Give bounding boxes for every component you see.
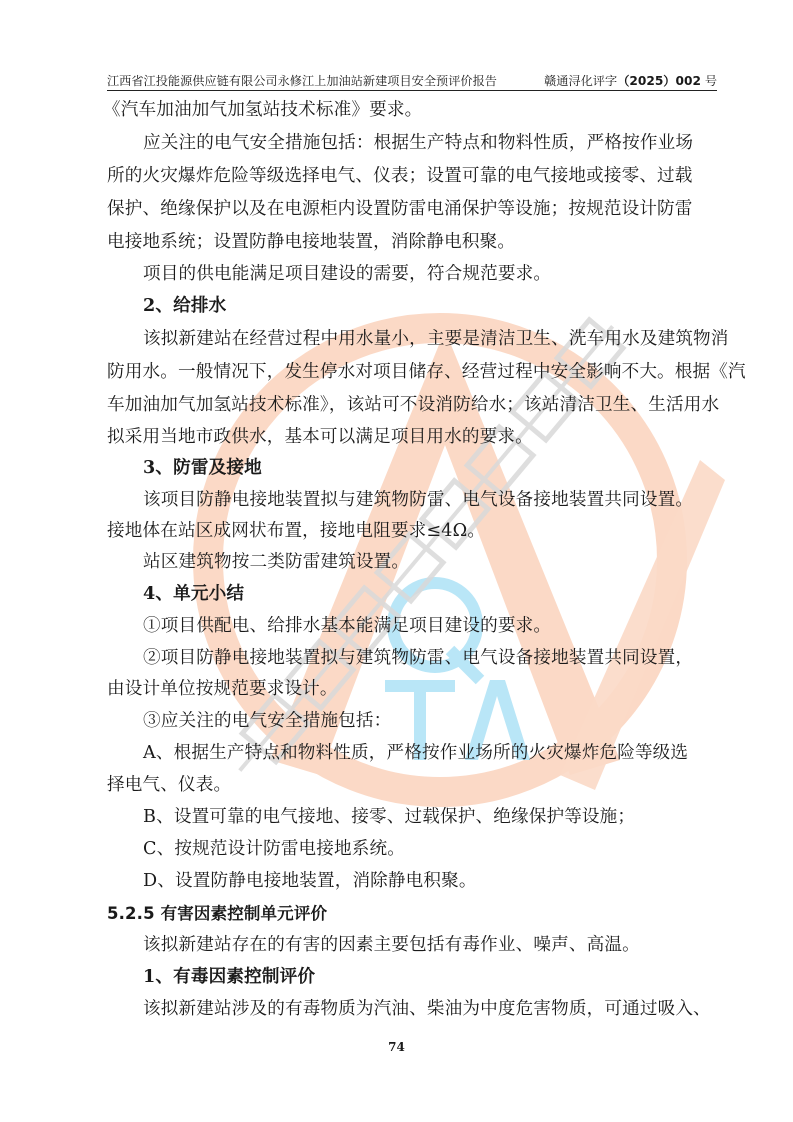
document-page: 江西省江投能源供应链有限公司永修江上加油站新建项目安全预评价报告 赣通浔化评字（…: [0, 0, 793, 1122]
paragraph-line: 保护、绝缘保护以及在电源柜内设置防雷电涌保护等设施；按规范设计防雷: [107, 196, 693, 222]
paragraph-line: 由设计单位按规范要求设计。: [107, 676, 338, 702]
list-item: ①项目供配电、给排水基本能满足项目建设的要求。: [143, 613, 551, 639]
report-title: 江西省江投能源供应链有限公司永修江上加油站新建项目安全预评价报告: [107, 72, 497, 90]
list-item: D、设置防静电接地装置，消除静电积聚。: [143, 868, 477, 894]
paragraph-line: 站区建筑物按二类防雷建筑设置。: [143, 549, 409, 575]
paragraph-line: 该项目防静电接地装置拟与建筑物防雷、电气设备接地装置共同设置。: [143, 487, 693, 513]
list-item: ②项目防静电接地装置拟与建筑物防雷、电气设备接地装置共同设置，: [143, 645, 693, 671]
paragraph-line: 所的火灾爆炸危险等级选择电气、仪表；设置可靠的电气接地或接零、过载: [107, 163, 693, 189]
subheading-toxic-control: 1、有毒因素控制评价: [143, 964, 315, 990]
page-number: 74: [0, 1040, 793, 1054]
subheading-lightning-grounding: 3、防雷及接地: [143, 455, 262, 481]
paragraph-line: 车加油加气加氢站技术标准》，该站可不设消防给水；该站清洁卫生、生活用水: [107, 392, 719, 418]
list-item: ③应关注的电气安全措施包括：: [143, 708, 391, 734]
list-item: B、设置可靠的电气接地、接零、过载保护、绝缘保护等设施；: [143, 804, 635, 830]
doc-number-prefix: 赣通浔化评字: [544, 74, 617, 88]
section-heading-5-2-5: 5.2.5 有害因素控制单元评价: [107, 901, 327, 927]
paragraph-line: 拟采用当地市政供水，基本可以满足项目用水的要求。: [107, 424, 533, 450]
subheading-water-supply: 2、给排水: [143, 293, 226, 319]
doc-number-suffix: 号: [705, 74, 717, 88]
paragraph-line: 防用水。一般情况下，发生停水对项目储存、经营过程中安全影响不大。根据《汽: [107, 359, 746, 385]
paragraph-line: 该拟新建站涉及的有毒物质为汽油、柴油为中度危害物质，可通过吸入、: [143, 996, 711, 1022]
list-item: A、根据生产特点和物料性质，严格按作业场所的火灾爆炸危险等级选: [143, 740, 688, 766]
list-item: C、按规范设计防雷电接地系统。: [143, 836, 405, 862]
paragraph-line: 《汽车加油加气加氢站技术标准》要求。: [103, 97, 422, 123]
paragraph-line: 该拟新建站存在的有害的因素主要包括有毒作业、噪声、高温。: [143, 932, 640, 958]
subheading-unit-summary: 4、单元小结: [143, 581, 244, 607]
document-number: 赣通浔化评字（2025）002 号: [544, 72, 717, 90]
page-header: 江西省江投能源供应链有限公司永修江上加油站新建项目安全预评价报告 赣通浔化评字（…: [107, 70, 717, 91]
paragraph-line: 接地体在站区成网状布置，接地电阻要求≤4Ω。: [107, 518, 485, 544]
paragraph-line: 项目的供电能满足项目建设的需要，符合规范要求。: [143, 261, 551, 287]
paragraph-line: 应关注的电气安全措施包括：根据生产特点和物料性质，严格按作业场: [143, 130, 693, 156]
paragraph-line: 该拟新建站在经营过程中用水量小，主要是清洁卫生、洗车用水及建筑物消: [143, 326, 729, 352]
paragraph-line: 电接地系统；设置防静电接地装置，消除静电积聚。: [107, 229, 515, 255]
paragraph-line: 择电气、仪表。: [107, 772, 231, 798]
doc-number-year: （2025）002: [617, 74, 701, 88]
